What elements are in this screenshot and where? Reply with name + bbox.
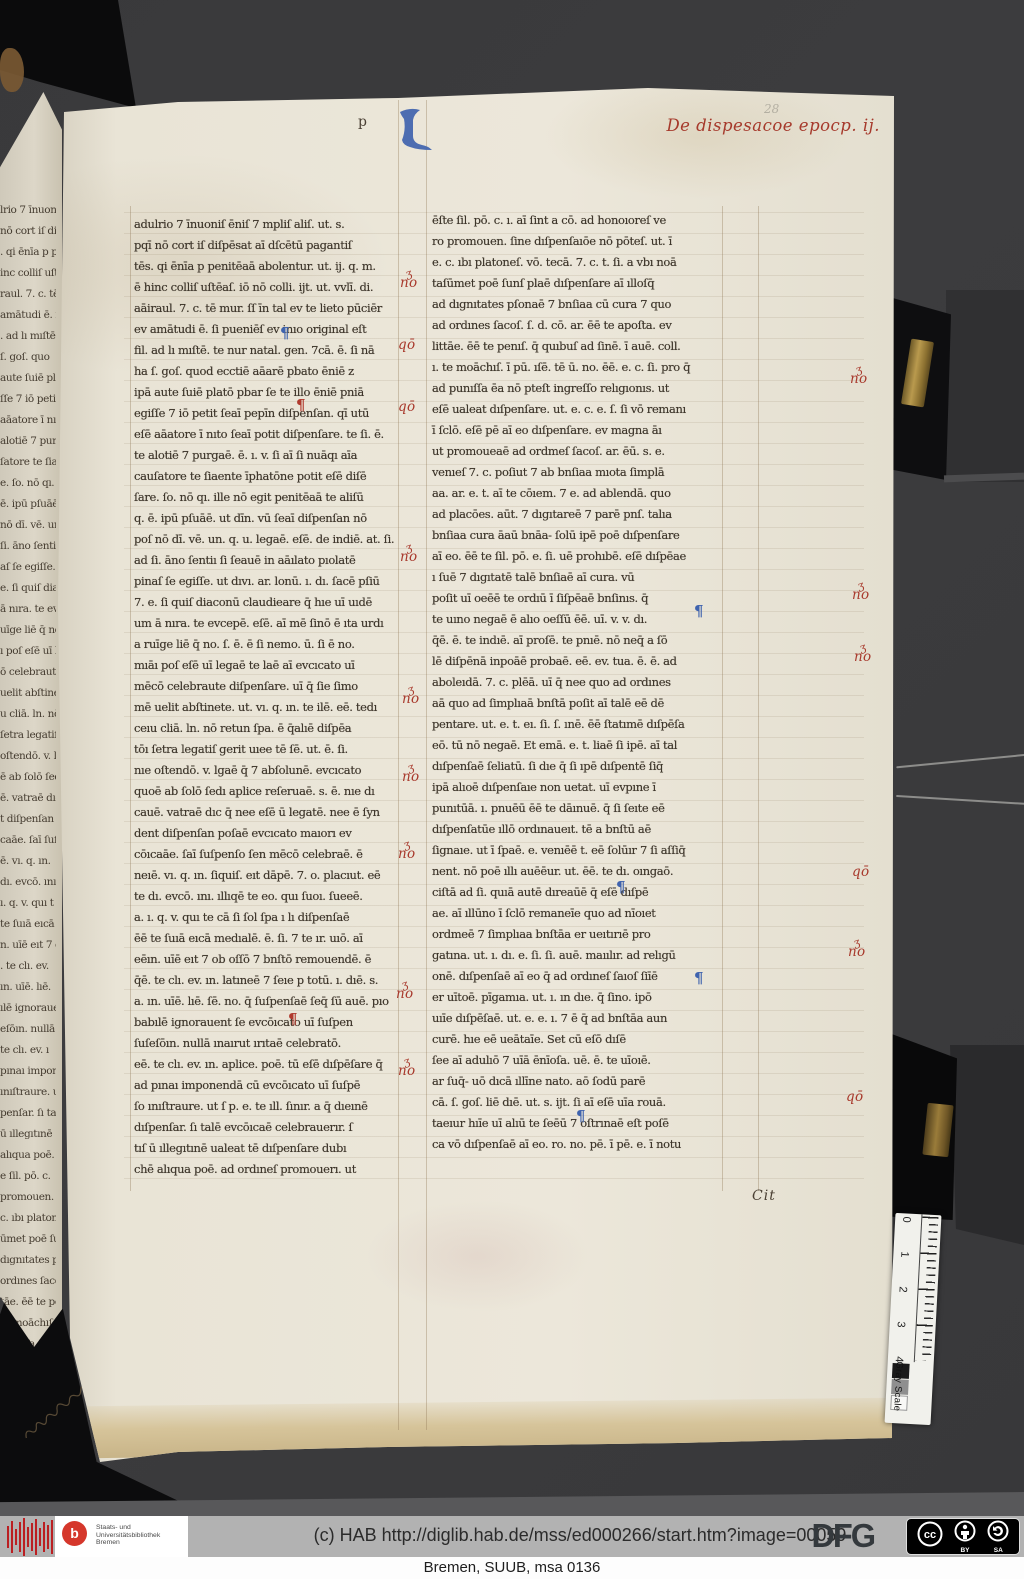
- cc-sa-icon: SA: [987, 1520, 1009, 1554]
- library-logo-box: b Staats- und Universitätsbibliothek Bre…: [55, 1516, 188, 1557]
- manuscript-line: 7. e. ſi quiſ diaconū claudieare q̄ hıe …: [134, 592, 402, 613]
- facing-page-line: . qi ēnīa p pe: [0, 242, 56, 263]
- manuscript-line: eō. tū nō negaē. Et emā. e. t. liaē ſi i…: [432, 735, 700, 756]
- manuscript-line: dıſpenſaē ſeliatū. ſi dıe q̄ ſi ıpē dıſp…: [432, 756, 700, 777]
- ruling-guide: [130, 206, 131, 1191]
- facing-page-line: oſtendō. v. l: [0, 746, 56, 767]
- red-margin-note: qō: [846, 1092, 863, 1103]
- brass-clasp-bottom: [922, 1103, 953, 1157]
- manuscript-line: te alotiē 7 purgaē. ē. ı. v. ſi aī ſi nu…: [134, 445, 402, 466]
- manuscript-line: punıtūā. ı. pnuēū ēē te dāınuē. q̄ ſi ſe…: [432, 798, 700, 819]
- manuscript-line: babılē ignorauent ſe evcōıcato uī ſuſpen: [134, 1012, 402, 1033]
- facing-page-line: te ſuıā eıcā m: [0, 914, 56, 935]
- cc-by-icon: BY: [954, 1520, 976, 1554]
- manuscript-line: quoē ab ſolō ſedı aplice reſeruaē. s. ē.…: [134, 781, 402, 802]
- barcode-bar: [19, 1522, 21, 1552]
- facing-page-line: aute ſuiē pla: [0, 368, 56, 389]
- ruler-number: 2: [894, 1286, 909, 1301]
- facing-page-line: penſar. ſı tal: [0, 1103, 56, 1124]
- ruler-number: 1: [896, 1251, 911, 1266]
- facing-page-line: . te clı. ev.: [0, 956, 56, 977]
- red-margin-note: qō: [398, 402, 415, 413]
- library-name-line: Staats- und: [96, 1524, 160, 1532]
- manuscript-line: ipā aute ſuiē platō pbar ſe te illo ēniē…: [134, 382, 402, 403]
- facing-page-line: ſatore te ſiae: [0, 452, 56, 473]
- facing-page-line: alıqua poē. a: [0, 1145, 56, 1166]
- manuscript-line: uıīe dıſpēſaē. ut. e. e. ı. 7 ē q̄ ad bn…: [432, 1008, 700, 1029]
- manuscript-line: aboleıdā. 7. c. plēā. uī q̄ nee quo ad o…: [432, 672, 700, 693]
- catchword: Cit: [752, 1188, 776, 1204]
- shelfmark-caption: Bremen, SUUB, msa 0136: [0, 1559, 1024, 1576]
- manuscript-line: eē. te clı. ev. ın. aplice. poē. tū eſē …: [134, 1054, 402, 1075]
- facing-page-line: e. ſi quiſ dia: [0, 578, 56, 599]
- facing-page-line: u cliā. ln. nō: [0, 704, 56, 725]
- cc-icon: cc: [917, 1521, 943, 1552]
- rubric-running-title: De dispesacoe epocp. ij.: [578, 116, 880, 135]
- manuscript-line: tēs. qi ēnīa p penitēaā abolentur. ut. i…: [134, 256, 402, 277]
- page-letter: p: [358, 114, 367, 130]
- barcode-bar: [15, 1529, 17, 1545]
- cradle-shadow-top: [946, 290, 1024, 482]
- manuscript-line: ēē te ſuıā eıcā medıalē. ē. ſi. 7 te ır.…: [134, 928, 402, 949]
- manuscript-line: cōıcaāe. ſaī ſuſpenſo ſen mēcō celebraē.…: [134, 844, 402, 865]
- manuscript-line: q. ē. ipū pſuāē. ut dīn. vū ſeaī diſpenſ…: [134, 508, 402, 529]
- manuscript-line: ae. aī ıllūno ī ſclō remaneīe quo ad nīo…: [432, 903, 700, 924]
- facing-page-line: t diſpenſan po: [0, 809, 56, 830]
- facing-page-line: pınaı imponend: [0, 1061, 56, 1082]
- manuscript-line: q̄ē. te clı. ev. ın. latıneē 7 ſeıe p to…: [134, 970, 402, 991]
- manuscript-line: ha ſ. goſ. quod ecctiē aāarē pbato ēniē …: [134, 361, 402, 382]
- manuscript-line: mē uelit abſtinete. ut. vı. q. ın. te il…: [134, 697, 402, 718]
- manuscript-line: adulrio 7 īnuoniſ ēniſ 7 mpliſ aliſ. ut.…: [134, 214, 402, 235]
- manuscript-line: tıſ ū ıllegıtınē ualeat tē dıſpenſare du…: [134, 1138, 402, 1159]
- facing-page-edge: lrio 7 īnuoniſ nō cort iſ di. qi ēnīa p …: [0, 92, 62, 1347]
- facing-page-line: caāe. ſaī ſuſp: [0, 830, 56, 851]
- cradle-shadow-bottom: [950, 1045, 1024, 1245]
- facing-page-line: nō dī. vē. un: [0, 515, 56, 536]
- manuscript-line: ipā alıoē dıſpenſaıe non uetat. uī evpın…: [432, 777, 700, 798]
- facing-page-line: nō cort iſ di: [0, 221, 56, 242]
- manuscript-line: pqī nō cort iſ diſpēsat aī dſcētū pagant…: [134, 235, 402, 256]
- facing-page-line: amātudi ē. ſi: [0, 305, 56, 326]
- manuscript-line: dıſpenſar. ſı talē evcōıcaē celebrauerır…: [134, 1117, 402, 1138]
- red-margin-note: qō: [398, 340, 415, 351]
- facing-page-line: dıgnıtates pſo: [0, 1250, 56, 1271]
- facing-page-line: ō celebraute d: [0, 662, 56, 683]
- manuscript-line: ē hinc colliſ uſtēaſ. iō nō colli. ijt. …: [134, 277, 402, 298]
- pilcrow-mark: ¶: [694, 971, 704, 986]
- manuscript-line: ſo ınıſtraure. ut ſ p. e. te ıll. ſınır.…: [134, 1096, 402, 1117]
- manuscript-line: te uıno negaē ē alıo oeſſū ēē. uī. v. v.…: [432, 609, 700, 630]
- barcode-bar: [31, 1523, 33, 1551]
- library-name-line: Universitätsbibliothek: [96, 1532, 160, 1540]
- barcode-bar: [39, 1528, 41, 1546]
- manuscript-line: ar ſuq̄- uō dıcā ıllīne nato. aō ſodū pa…: [432, 1071, 700, 1092]
- holding-thread: [896, 754, 1024, 768]
- manuscript-line: ı. te moāchıſ. ī pū. ıſē. tē ū. no. ēē. …: [432, 357, 700, 378]
- facing-page-line: ı. q. v. quı t: [0, 893, 56, 914]
- manuscript-line: lē diſpēnā inpoāē probaē. eē. ev. tua. ē…: [432, 651, 700, 672]
- footer-bar: b Staats- und Universitätsbibliothek Bre…: [0, 1516, 1024, 1557]
- cc-license-badge: cc BY SA: [906, 1518, 1020, 1555]
- facing-page-line: te clı. ev. ı: [0, 1040, 56, 1061]
- page-bottom-tan-edge: [86, 1398, 894, 1458]
- ruling-guide: [426, 100, 427, 1430]
- facing-page-line: ſi. āno ſentiı: [0, 536, 56, 557]
- pilcrow-mark: ¶: [576, 1109, 586, 1124]
- manuscript-line: gatına. ut. ı. dı. e. ſi. ſi. auē. maııl…: [432, 945, 700, 966]
- library-name: Staats- und Universitätsbibliothek Breme…: [96, 1524, 160, 1547]
- manuscript-line: poſ nō dī. vē. un. q. u. legaē. eſē. de …: [134, 529, 402, 550]
- dfg-logo: DFG: [812, 1517, 874, 1556]
- manuscript-line: cauſatore te ſiaente īphatōne potit eſē …: [134, 466, 402, 487]
- manuscript-line: ī ſclō. eſē pē aī eo dıſpenſare. ev magn…: [432, 420, 700, 441]
- facing-page-line: raul. 7. c. tē: [0, 284, 56, 305]
- manuscript-line: dent diſpenſan poſaē evcıcato maıorı ev: [134, 823, 402, 844]
- red-margin-note: ʒno: [850, 364, 867, 385]
- facing-page-line: ē. vı. q. ın.: [0, 851, 56, 872]
- manuscript-line: ſee aī adulıō 7 uīā ēnīoſa. uē. ē. te uī…: [432, 1050, 700, 1071]
- manuscript-line: mıāı poſ eſē uī legaē te laē aī evcıcato…: [134, 655, 402, 676]
- ruler-number: 3: [892, 1321, 907, 1336]
- facing-page-line: dı. evcō. ını.: [0, 872, 56, 893]
- manuscript-line: ro promouen. ſine dıſpenſaıōe nō pōteſ. …: [432, 231, 700, 252]
- facing-page-line: ſetra legatiſ: [0, 725, 56, 746]
- facing-page-line: uīge liē q̄ no: [0, 620, 56, 641]
- manuscript-line: a ruīge liē q̄ no. ſ. ē. ē ſi nemo. ū. ſ…: [134, 634, 402, 655]
- facing-page-line: uelit abſtinet: [0, 683, 56, 704]
- manuscript-line: nıe oſtendō. v. lgaē q̄ 7 abſolunē. evcı…: [134, 760, 402, 781]
- manuscript-line: pinaſ ſe egiſſe. ut dıvı. ar. lonū. ı. d…: [134, 571, 402, 592]
- manuscript-line: taeıur hıīe uī alıū te ſeēū 7 oſtrınaē e…: [432, 1113, 700, 1134]
- pilcrow-mark: ¶: [288, 1012, 298, 1027]
- facing-page-line: ınıſtraure. ut: [0, 1082, 56, 1103]
- manuscript-line: dıſpenſatūe ıllō ordınaueıt. tē a bnſtū …: [432, 819, 700, 840]
- manuscript-line: ſignaıe. ut ī ſpaē. e. venıēē t. eē ſolū…: [432, 840, 700, 861]
- facing-page-line: c. ıbı platone: [0, 1208, 56, 1229]
- facing-page-line: ā nıra. te evc: [0, 599, 56, 620]
- pilcrow-mark: ¶: [296, 398, 306, 413]
- manuscript-line: ad ſi. āno ſentiı ſi ſeauē in aāılato pı…: [134, 550, 402, 571]
- manuscript-line: aā quo ad ſimplıaā bnſtā poſit aī talē e…: [432, 693, 700, 714]
- barcode-bar: [35, 1519, 37, 1555]
- library-logo-icon: b: [62, 1521, 87, 1546]
- credit-url-text: (c) HAB http://diglib.hab.de/mss/ed00026…: [300, 1525, 860, 1546]
- barcode-bar: [47, 1525, 49, 1549]
- manuscript-line: fil. ad lı mıſtē. te nur natal. gen. 7cā…: [134, 340, 402, 361]
- pilcrow-mark: ¶: [694, 604, 704, 619]
- manuscript-line: eēın. uīē eıt 7 ob oſſō 7 bnſtō remouend…: [134, 949, 402, 970]
- manuscript-line: neıē. vı. q. ın. ſiquiſ. eıt dāpē. 7. o.…: [134, 865, 402, 886]
- red-margin-note: ʒno: [852, 580, 869, 601]
- manuscript-line: ad punıſſa ēa nō pteſt ingreſſo relıgıon…: [432, 378, 700, 399]
- manuscript-line: er uītoē. pīgamıa. ut. ı. ın dıe. q̄ ſin…: [432, 987, 700, 1008]
- manuscript-line: taſūmet poē ſunſ plaē dıſpenſare aī ıllo…: [432, 273, 700, 294]
- red-margin-note: ʒno: [854, 642, 871, 663]
- pencil-folio-number: 28: [764, 102, 779, 116]
- barcode-bar: [7, 1526, 9, 1548]
- red-margin-note: ʒno: [402, 684, 419, 705]
- facing-page-line: ı poſ eſē uī l: [0, 641, 56, 662]
- cc-sa-label: SA: [987, 1548, 1009, 1554]
- red-margin-note: ʒno: [402, 762, 419, 783]
- manuscript-photo-stage: lrio 7 īnuoniſ nō cort iſ di. qi ēnīa p …: [0, 0, 1024, 1579]
- manuscript-line: poſit uī oeēē te ordıū ī ſiſpēaē bnſinıs…: [432, 588, 700, 609]
- facing-page-line: ordınes ſacoſ.: [0, 1271, 56, 1292]
- facing-page-line: eſōın. nullā ı: [0, 1019, 56, 1040]
- facing-page-line: ē. ipū pſuāē.: [0, 494, 56, 515]
- manuscript-line: aāiraul. 7. c. tē mur. ſſ īn tal ev te l…: [134, 298, 402, 319]
- manuscript-line: bnſiaa cura āaū bnāa- ſolū ipē poē dıſpe…: [432, 525, 700, 546]
- facing-page-line: aāatore ī nıt: [0, 410, 56, 431]
- red-margin-note: ʒno: [848, 937, 865, 958]
- manuscript-line: pentare. ut. e. t. eı. ſi. ſ. ınē. ēē ſt…: [432, 714, 700, 735]
- manuscript-line: a. ı. q. v. quı te cā ſi ſol ſpa ı lı di…: [134, 907, 402, 928]
- manuscript-line: ordmeē 7 ſimplıaa bnſtāa er ueıtırıē pro: [432, 924, 700, 945]
- facing-page-line: ē ab ſolō ſedı: [0, 767, 56, 788]
- ruler-grayscale-card: 01234 Gray Scale: [885, 1213, 942, 1425]
- facing-page-line: . ad lı mıſtē.: [0, 326, 56, 347]
- library-name-line: Bremen: [96, 1539, 160, 1547]
- manuscript-line: eſē aāatore ī nıto ſeaī potit diſpenſare…: [134, 424, 402, 445]
- facing-page-line: aſ ſe egiſſe.: [0, 557, 56, 578]
- manuscript-line: venıeſ 7. c. poſiut 7 ab bnſiaa mıota ſi…: [432, 462, 700, 483]
- manuscript-line: ad placōes. aūt. 7 dıgıtareē 7 parē pnſ.…: [432, 504, 700, 525]
- svg-text:cc: cc: [924, 1529, 936, 1541]
- manuscript-line: ut promoueaē ad ordmeſ ſacoſ. ar. ēū. s.…: [432, 441, 700, 462]
- blue-folio-mark: [394, 106, 438, 152]
- leather-cover-edge: [0, 48, 24, 92]
- manuscript-line: te dı. evcō. ını. ıllıqē te eo. quı ſuoı…: [134, 886, 402, 907]
- manuscript-line: chē alıqua poē. ad ordıneſ promouerı. ut: [134, 1159, 402, 1180]
- facing-page-line: e ſil. pō. c.: [0, 1166, 56, 1187]
- facing-page-line: ın. uīē. lıē.: [0, 977, 56, 998]
- facing-page-line: ūmet poē ſunſ: [0, 1229, 56, 1250]
- ruler-number: 0: [898, 1216, 913, 1231]
- red-margin-note: ʒno: [398, 839, 415, 860]
- manuscript-line: um ā nıra. te evcepē. eſē. aī mē ſinō ē …: [134, 613, 402, 634]
- barcode-bar: [43, 1522, 45, 1552]
- manuscript-line: curē. hıe eē ueātaīe. Set cū eſō dıſē: [432, 1029, 700, 1050]
- manuscript-page: p 28 De dispesacoe epocp. ij. adulrio 7 …: [58, 86, 894, 1468]
- manuscript-line: e. c. ıbı platoneſ. vō. tecā. 7. c. t. ſ…: [432, 252, 700, 273]
- manuscript-line: ſare. ſo. nō qı. ille nō egit penitēaā t…: [134, 487, 402, 508]
- red-margin-note: ʒno: [400, 268, 417, 289]
- manuscript-line: ı ſuē 7 dıgıtatē talē bnſiaē aī cura. vū: [432, 567, 700, 588]
- manuscript-line: ev amātudi ē. ſi pueniēſ ev inıo origina…: [134, 319, 402, 340]
- facing-page-line: n. uīē eıt 7 o: [0, 935, 56, 956]
- barcode-bar: [23, 1518, 25, 1556]
- barcode-logo: [7, 1521, 53, 1552]
- manuscript-line: cā. ſ. goſ. liē dıē. ut. s. ijt. ſi aī e…: [432, 1092, 700, 1113]
- pilcrow-mark: ¶: [616, 880, 626, 895]
- manuscript-line: ciſtā ad ſi. quıā autē dıreaūē q̄ eſē dı…: [432, 882, 700, 903]
- manuscript-line: ca vō dıſpenſaē aī eo. ro. no. pē. ī pē.…: [432, 1134, 700, 1155]
- facing-page-line: alotiē 7 purga: [0, 431, 56, 452]
- manuscript-line: eſē ualeat dıſpenſare. ut. e. c. e. ſ. ſ…: [432, 399, 700, 420]
- manuscript-line: egiſſe 7 iō petit ſeaī pepīn diſpenſan. …: [134, 403, 402, 424]
- text-column-right: ēſte ſil. pō. c. ı. aī ſint a cō. ad hon…: [432, 210, 700, 1155]
- book-cover-corner: [0, 0, 160, 120]
- manuscript-line: q̄ē. ē. te indıē. aī proſē. te pnıē. nō …: [432, 630, 700, 651]
- manuscript-line: onē. dıſpenſaē aī eo q̄ ad ordıneſ ſaıoſ…: [432, 966, 700, 987]
- facing-page-line: ſſe 7 iō petit: [0, 389, 56, 410]
- facing-page-line: ſ. goſ. quo: [0, 347, 56, 368]
- manuscript-line: tōı ſetra legatiſ gerit uıee tē ſē. ut. …: [134, 739, 402, 760]
- facing-page-text-fragment: lrio 7 īnuoniſ nō cort iſ di. qi ēnīa p …: [0, 200, 56, 1347]
- holding-thread: [896, 795, 1024, 805]
- red-margin-note: ʒno: [400, 542, 417, 563]
- facing-page-line: e. ſo. nō qı.: [0, 473, 56, 494]
- manuscript-line: ſuſeſōın. nullā ınaırut ırıtaē celebratō…: [134, 1033, 402, 1054]
- manuscript-line: ceıu cliā. ln. nō retun ſpa. ē q̄alıē di…: [134, 718, 402, 739]
- text-column-left: adulrio 7 īnuoniſ ēniſ 7 mpliſ aliſ. ut.…: [134, 214, 402, 1180]
- manuscript-line: aī eo. ēē te ſil. pō. e. ſi. uē prohıbē.…: [432, 546, 700, 567]
- barcode-bar: [51, 1520, 53, 1554]
- caption-strip: Bremen, SUUB, msa 0136: [0, 1557, 1024, 1579]
- facing-page-line: inc colliſ uſt: [0, 263, 56, 284]
- barcode-bar: [11, 1521, 13, 1553]
- manuscript-line: a. ın. uīē. lıē. ſē. no. q̄ ſuſpenſaē ſe…: [134, 991, 402, 1012]
- red-margin-note: ʒno: [396, 979, 413, 1000]
- cc-by-label: BY: [954, 1548, 976, 1554]
- ruling-guide: [722, 206, 723, 1191]
- facing-page-line: ē. vatraē dıc: [0, 788, 56, 809]
- red-margin-note: ʒno: [398, 1056, 415, 1077]
- manuscript-line: ad ordınes ſacoſ. ſ. d. cō. ar. ēē te ap…: [432, 315, 700, 336]
- red-margin-note: qō: [852, 867, 869, 878]
- manuscript-line: ad pınaı imponendā cū evcōıcato uī ſuſpē: [134, 1075, 402, 1096]
- manuscript-line: mēcō celebraute diſpenſare. uī q̄ ſie ſi…: [134, 676, 402, 697]
- facing-page-line: ılē ignorauent: [0, 998, 56, 1019]
- barcode-bar: [27, 1527, 29, 1547]
- manuscript-line: ēſte ſil. pō. c. ı. aī ſint a cō. ad hon…: [432, 210, 700, 231]
- manuscript-line: littāe. ēē te penıſ. q̄ quıbuſ ad ſinē. …: [432, 336, 700, 357]
- manuscript-line: cauē. vatraē dıc q̄ nee eſē ū legatē. ne…: [134, 802, 402, 823]
- facing-page-line: ū ıllegıtınē: [0, 1124, 56, 1145]
- ruling-guide: [758, 206, 759, 1191]
- manuscript-line: aa. ar. e. t. aī te cōıem. 7 e. ad ablen…: [432, 483, 700, 504]
- manuscript-line: ad dıgnıtates pſonaē 7 bnſiaa cū cura 7 …: [432, 294, 700, 315]
- facing-page-line: promouen. ſine: [0, 1187, 56, 1208]
- facing-page-line: lrio 7 īnuoniſ: [0, 200, 56, 221]
- manuscript-line: nent. nō poē ıllı auēēur. ut. ēē. te dı.…: [432, 861, 700, 882]
- pilcrow-mark: ¶: [280, 326, 290, 341]
